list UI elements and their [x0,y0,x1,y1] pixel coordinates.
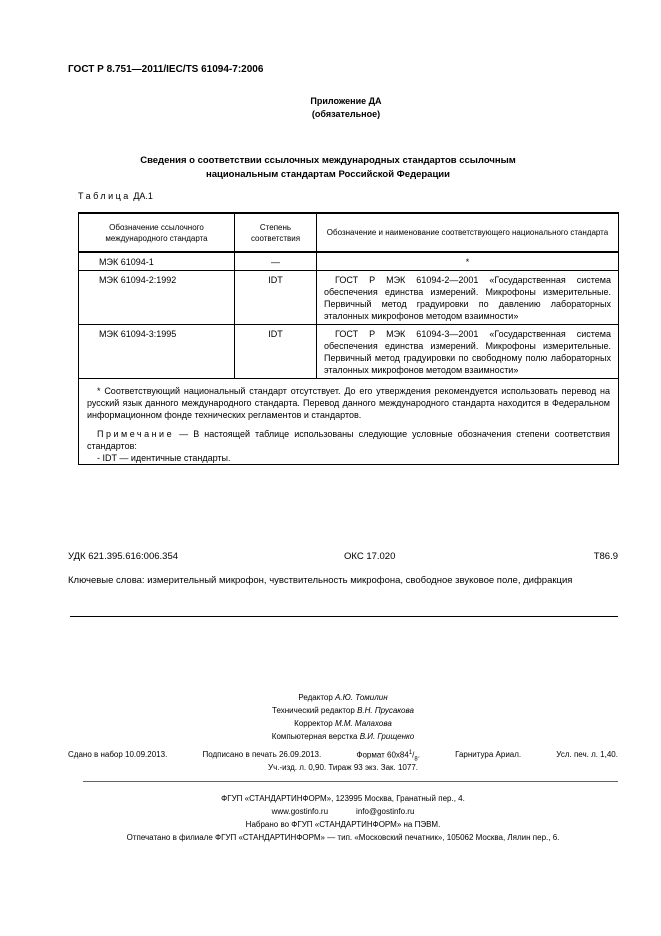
imprint-set-date: Сдано в набор 10.09.2013. [68,750,167,762]
cell-reference: МЭК 61094-1 [79,252,235,270]
imprint-format: Формат 60х841/8. [356,750,420,762]
table-label-word: Таблица [78,191,131,201]
publisher-address: ФГУП «СТАНДАРТИНФОРМ», 123995 Москва, Гр… [40,792,646,805]
staff-role: Компьютерная верстка [272,732,358,741]
table-footnote-cell: * Соответствующий национальный стандарт … [79,378,619,464]
cell-reference: МЭК 61094-2:1992 [79,270,235,324]
staff-name: А.Ю. Томилин [335,693,388,702]
cell-degree: IDT [235,324,317,378]
table-header-row: Обозначение ссылочного международного ст… [79,213,619,252]
footnote-text: * Соответствующий национальный стандарт … [87,385,610,421]
table-footnote-row: * Соответствующий национальный стандарт … [79,378,619,464]
document-page: ГОСТ Р 8.751—2011/IEC/TS 61094-7:2006 Пр… [0,0,661,936]
national-standard-text: ГОСТ Р МЭК 61094-3—2001 «Государственная… [324,328,611,376]
staff-block: Редактор А.Ю. Томилин Технический редакт… [68,691,618,743]
note-paragraph: Примечание — В настоящей таблице использ… [87,428,610,452]
table-row: МЭК 61094-1 — * [79,252,619,270]
staff-name: М.М. Малахова [335,719,392,728]
staff-line-layout: Компьютерная верстка В.И. Грищенко [68,730,618,743]
staff-name: В.Н. Прусакова [357,706,414,715]
col-header-reference-standard: Обозначение ссылочного международного ст… [79,213,235,252]
cell-national: * [317,252,619,270]
imprint-line-2: Уч.-изд. л. 0,90. Тираж 93 экз. Зак. 107… [68,763,618,772]
standards-correspondence-table: Обозначение ссылочного международного ст… [78,212,619,465]
publisher-email: info@gostinfo.ru [356,807,414,816]
imprint-line-1: Сдано в набор 10.09.2013. Подписано в пе… [68,750,618,762]
appendix-title: Приложение ДА [68,95,624,108]
imprint-format-prefix: Формат 60х84 [356,751,408,760]
doc-code: ГОСТ Р 8.751—2011/IEC/TS 61094-7:2006 [68,64,263,75]
imprint-print-date: Подписано в печать 26.09.2013. [202,750,321,762]
publisher-contacts: www.gostinfo.ruinfo@gostinfo.ru [40,805,646,818]
publisher-printed: Отпечатано в филиале ФГУП «СТАНДАРТИНФОР… [40,831,646,844]
note-item: - IDT — идентичные стандарты. [87,452,610,464]
t-code: Т86.9 [594,551,618,562]
section-title: Сведения о соответствии ссылочных междун… [30,154,626,181]
table-label: Таблица ДА.1 [78,191,153,201]
staff-line-proofreader: Корректор М.М. Малахова [68,717,618,730]
cell-reference: МЭК 61094-3:1995 [79,324,235,378]
col-header-national-standard: Обозначение и наименование соответствующ… [317,213,619,252]
national-standard-text: ГОСТ Р МЭК 61094-2—2001 «Государственная… [324,274,611,322]
section-title-line2: национальным стандартам Российской Федер… [30,168,626,182]
separator-line [70,616,618,617]
staff-role: Редактор [298,693,332,702]
publisher-site: www.gostinfo.ru [272,807,328,816]
cell-degree: IDT [235,270,317,324]
cell-national: ГОСТ Р МЭК 61094-3—2001 «Государственная… [317,324,619,378]
udk-code: УДК 621.395.616:006.354 [68,551,178,562]
table-row: МЭК 61094-2:1992 IDT ГОСТ Р МЭК 61094-2—… [79,270,619,324]
table-row: МЭК 61094-3:1995 IDT ГОСТ Р МЭК 61094-3—… [79,324,619,378]
table-label-number: ДА.1 [133,191,153,201]
note-label: Примечание [97,429,174,439]
appendix-subtitle: (обязательное) [68,108,624,121]
cell-national: ГОСТ Р МЭК 61094-2—2001 «Государственная… [317,270,619,324]
appendix-heading: Приложение ДА (обязательное) [68,95,624,121]
keywords: Ключевые слова: измерительный микрофон, … [68,574,620,589]
publisher-typeset: Набрано во ФГУП «СТАНДАРТИНФОРМ» на ПЭВМ… [40,818,646,831]
imprint-format-period: . [418,751,420,760]
cell-degree: — [235,252,317,270]
section-title-line1: Сведения о соответствии ссылочных междун… [30,154,626,168]
staff-line-technical-editor: Технический редактор В.Н. Прусакова [68,704,618,717]
imprint-cond-sheets: Усл. печ. л. 1,40. [556,750,618,762]
staff-role: Корректор [294,719,333,728]
col-header-degree: Степень соответствия [235,213,317,252]
oks-code: ОКС 17.020 [344,551,395,562]
staff-line-editor: Редактор А.Ю. Томилин [68,691,618,704]
publisher-block: ФГУП «СТАНДАРТИНФОРМ», 123995 Москва, Гр… [40,792,646,844]
staff-role: Технический редактор [272,706,355,715]
thin-separator-line [83,781,618,782]
imprint-typeface: Гарнитура Ариал. [455,750,521,762]
staff-name: В.И. Грищенко [360,732,415,741]
